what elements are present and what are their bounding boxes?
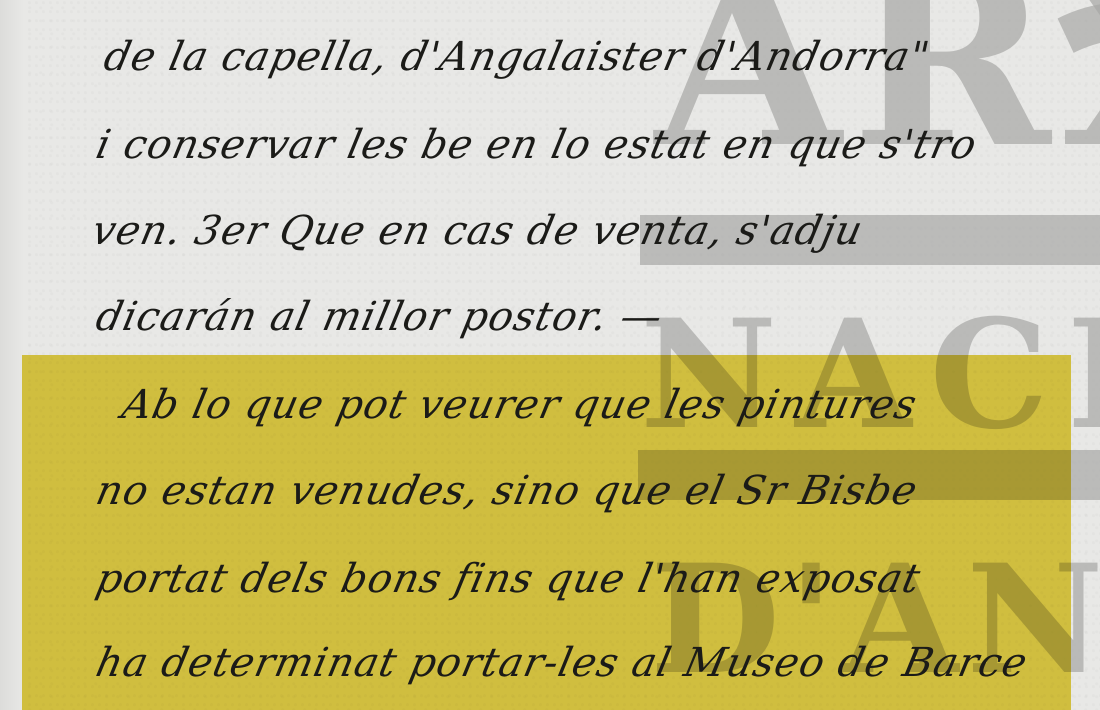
manuscript-line-highlighted: ha determinat portar-les al Museo de Bar… — [92, 640, 1032, 686]
manuscript-line-highlighted: Ab lo que pot veurer que les pintures — [118, 382, 921, 428]
manuscript-line: de la capella, d'Angalaister d'Andorra" — [100, 34, 934, 80]
manuscript-line: ven. 3er Que en cas de venta, s'adju — [88, 208, 867, 254]
manuscript-line-highlighted: no estan venudes, sino que el Sr Bisbe — [92, 468, 922, 514]
manuscript-line: i conservar les be en lo estat en que s'… — [92, 122, 981, 168]
page-edge — [0, 0, 24, 710]
manuscript-line-highlighted: portat dels bons fins que l'han exposat — [92, 556, 925, 602]
manuscript-page: ARX NACI D'AND de la capella, d'Angalais… — [0, 0, 1100, 710]
manuscript-line: dicarán al millor postor. — — [92, 294, 667, 340]
